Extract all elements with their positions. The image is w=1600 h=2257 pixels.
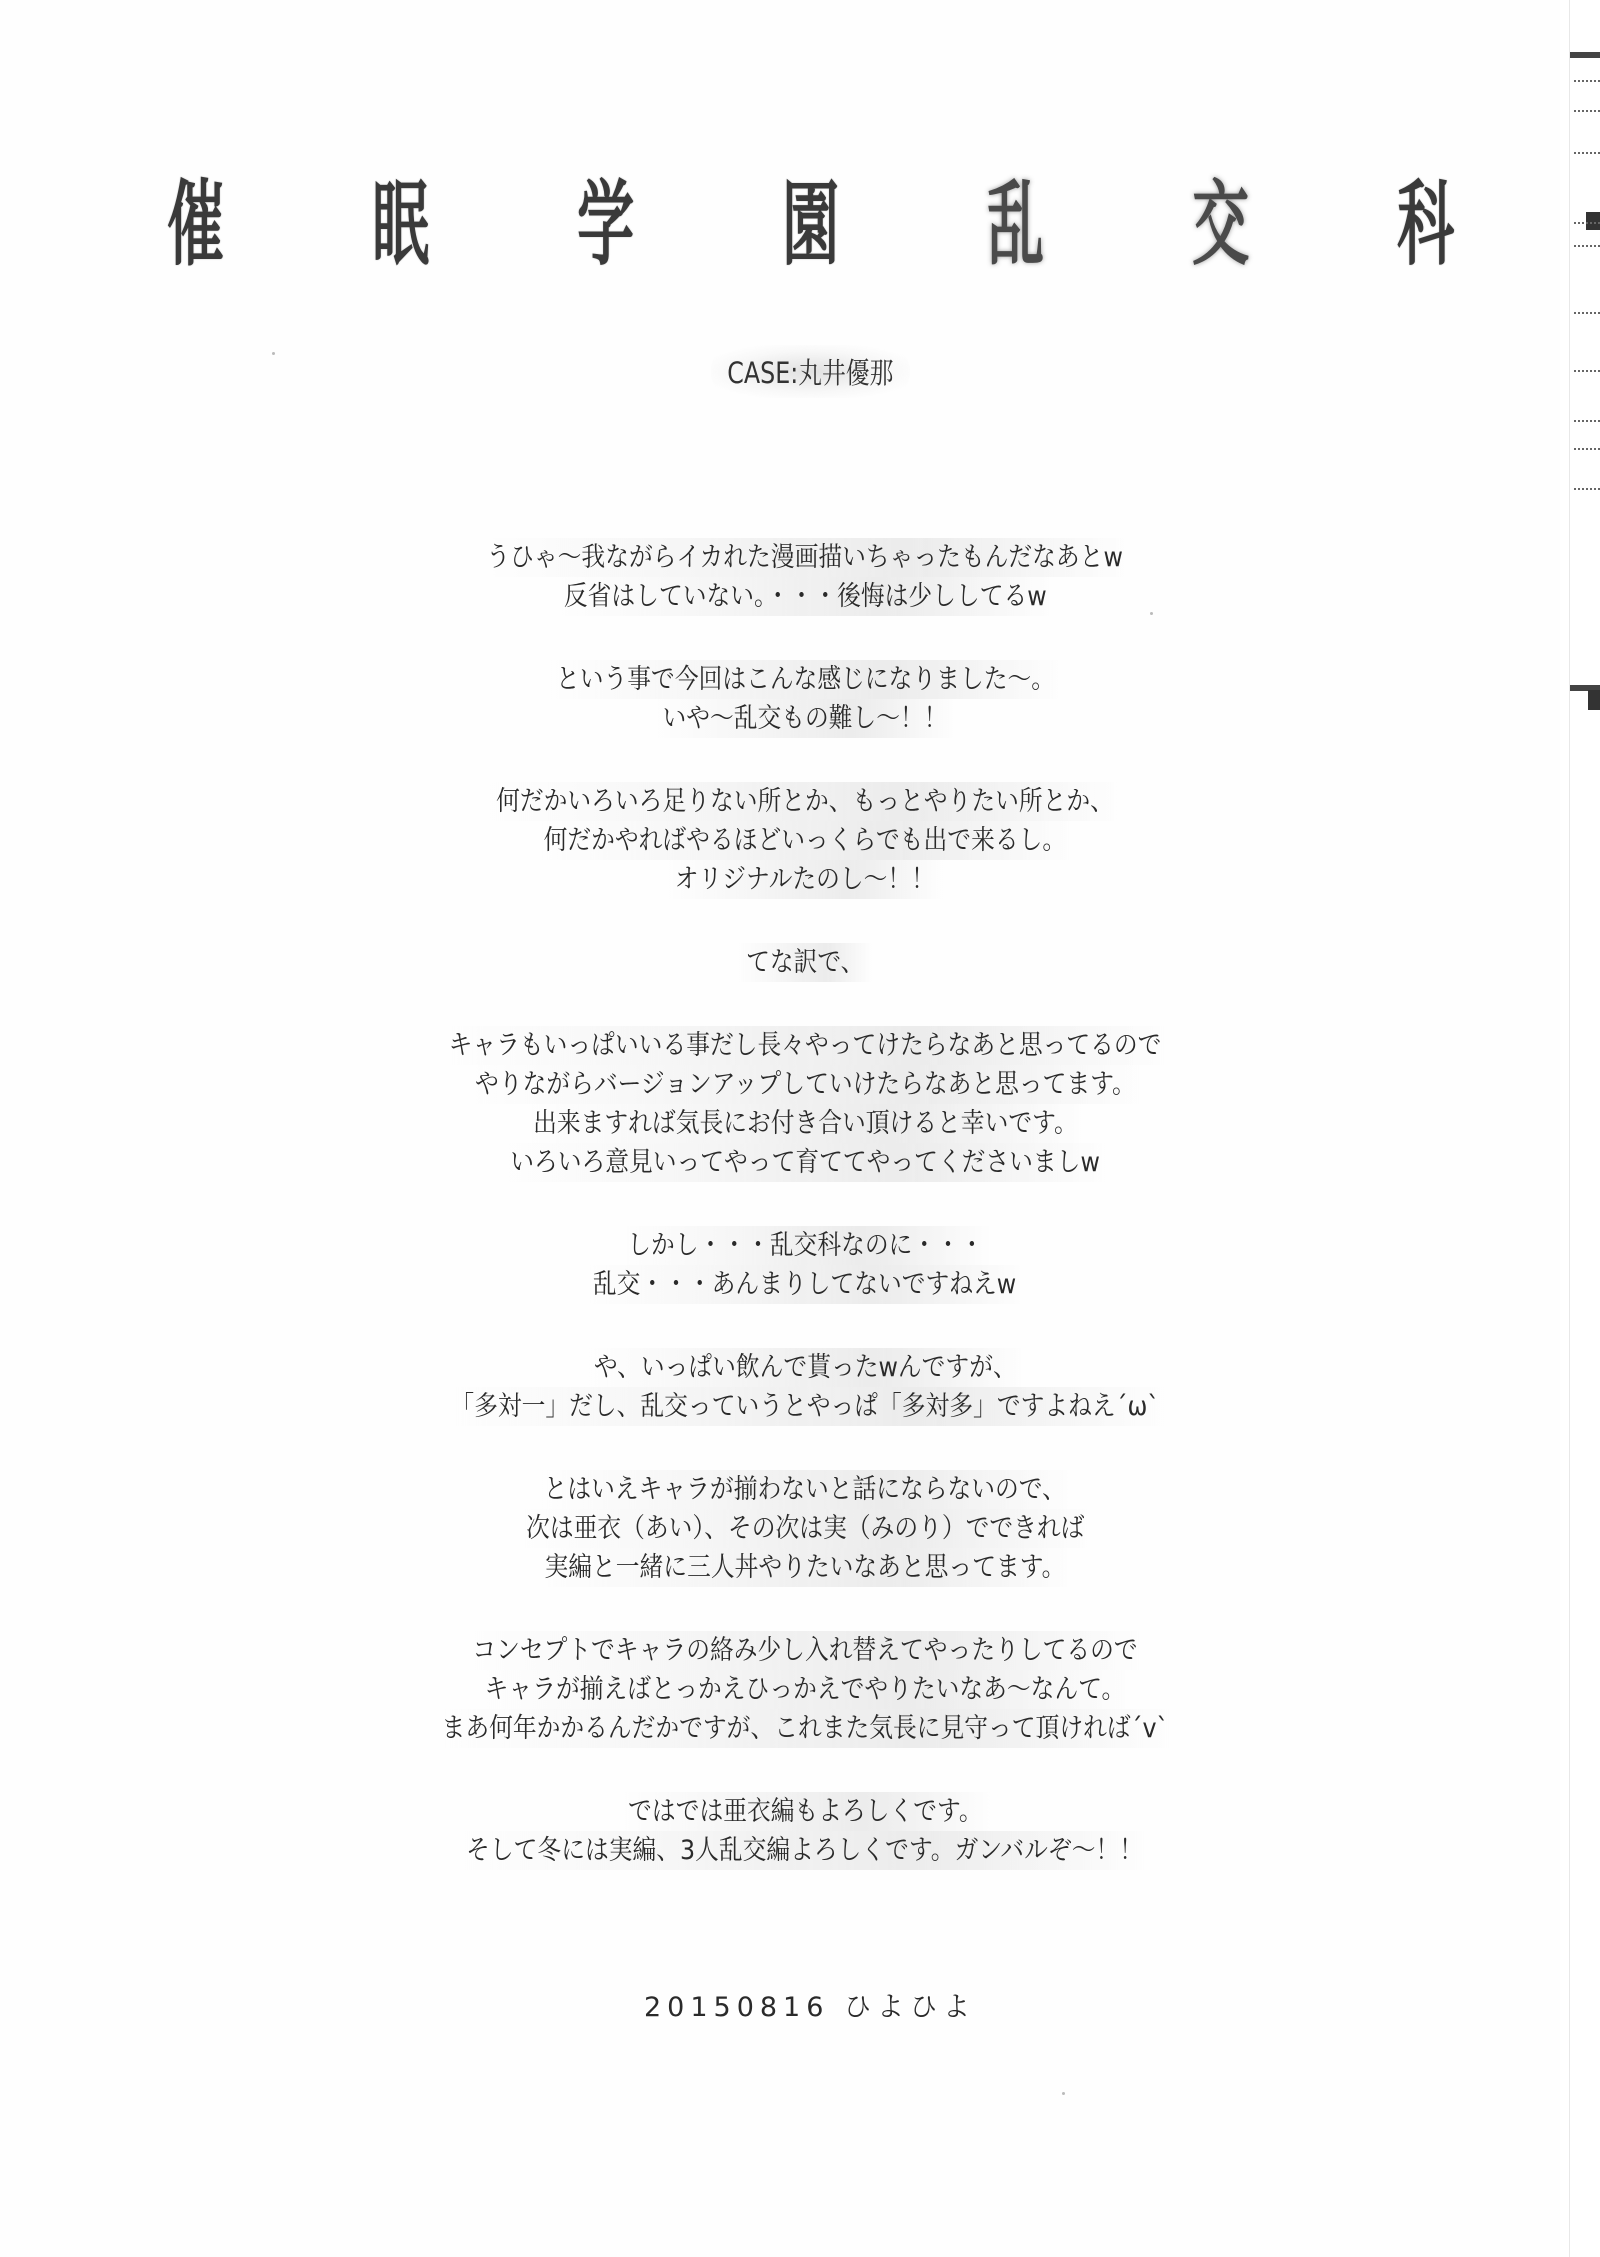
text-line: キャラが揃えばとっかえひっかえでやりたいなあ〜なんて。 xyxy=(476,1670,1134,1709)
subtitle: CASE:丸井優那 xyxy=(0,345,1600,398)
text-line: いや〜乱交もの難し〜！！ xyxy=(654,699,957,738)
paragraph: うひゃ〜我ながらイカれた漫画描いちゃったもんだなあとw 反省はしていない。・・・… xyxy=(0,538,1600,616)
page-title: 催 眠 学 園 乱 交 科 xyxy=(150,178,1470,270)
text-line: まあ何年かかるんだかですが、これまた気長に見守って頂ければ´v` xyxy=(433,1709,1177,1748)
title-char: 乱 xyxy=(987,178,1043,270)
title-char: 園 xyxy=(782,178,838,270)
paragraph: コンセプトでキャラの絡み少し入れ替えてやったりしてるので キャラが揃えばとっかえ… xyxy=(0,1631,1600,1748)
speech-tail xyxy=(1586,212,1600,230)
title-char: 科 xyxy=(1397,178,1453,270)
title-char: 眠 xyxy=(372,178,428,270)
scan-speck xyxy=(1150,612,1153,615)
text-line: いろいろ意見いってやって育ててやってくださいましw xyxy=(501,1143,1108,1182)
document-page: 催 眠 学 園 乱 交 科 CASE:丸井優那 うひゃ〜我ながらイカれた漫画描い… xyxy=(0,0,1560,2257)
paragraph: 何だかいろいろ足りない所とか、もっとやりたい所とか、 何だかやればやるほどいっく… xyxy=(0,782,1600,899)
text-line: 何だかやればやるほどいっくらでも出で来るし。 xyxy=(535,821,1075,860)
text-line: ではでは亜衣編もよろしくです。 xyxy=(619,1792,991,1831)
text-line: 実編と一緒に三人丼やりたいなあと思ってます。 xyxy=(536,1548,1074,1587)
text-line: 何だかいろいろ足りない所とか、もっとやりたい所とか、 xyxy=(487,782,1122,821)
text-line: てな訳で、 xyxy=(737,943,873,982)
adjacent-page-edge xyxy=(1569,0,1600,2257)
text-line: 出来ますれば気長にお付き合い頂けると幸いです。 xyxy=(524,1104,1086,1143)
text-line: という事で今回はこんな感じになりました〜。 xyxy=(547,660,1064,699)
text-line: 乱交・・・あんまりしてないですねえw xyxy=(585,1265,1026,1304)
text-line: そして冬には実編、3人乱交編よろしくです。ガンバルぞ〜！！ xyxy=(458,1831,1152,1870)
paragraph: ではでは亜衣編もよろしくです。 そして冬には実編、3人乱交編よろしくです。ガンバ… xyxy=(0,1792,1600,1870)
paragraph: キャラもいっぱいいる事だし長々やってけたらなあと思ってるので やりながらバージョ… xyxy=(0,1026,1600,1182)
paragraph: とはいえキャラが揃わないと話にならないので、 次は亜衣（あい）、その次は実（みの… xyxy=(0,1470,1600,1587)
scan-speck xyxy=(1062,2092,1065,2095)
text-line: 「多対一」だし、乱交っていうとやっぱ「多対多」ですよねえ´ω` xyxy=(442,1387,1169,1426)
signature-text: 20150816 ひよひよ xyxy=(644,1992,976,2023)
text-line: うひゃ〜我ながらイカれた漫画描いちゃったもんだなあとw xyxy=(478,538,1132,577)
subtitle-text: CASE:丸井優那 xyxy=(711,345,910,398)
text-line: キャラもいっぱいいる事だし長々やってけたらなあと思ってるので xyxy=(440,1026,1170,1065)
text-line: オリジナルたのし〜！！ xyxy=(666,860,944,899)
title-char: 交 xyxy=(1192,178,1248,270)
signature: 20150816 ひよひよ xyxy=(0,1985,1600,2024)
text-line: とはいえキャラが揃わないと話にならないので、 xyxy=(535,1470,1075,1509)
paragraph: しかし・・・乱交科なのに・・・ 乱交・・・あんまりしてないですねえw xyxy=(0,1226,1600,1304)
text-line: やりながらバージョンアップしていけたらなあと思ってます。 xyxy=(466,1065,1144,1104)
panel-border xyxy=(1570,52,1600,58)
text-line: や、いっぱい飲んで貰ったwんですが、 xyxy=(585,1348,1025,1387)
afterword-body: うひゃ〜我ながらイカれた漫画描いちゃったもんだなあとw 反省はしていない。・・・… xyxy=(0,538,1600,1870)
paragraph: という事で今回はこんな感じになりました〜。 いや〜乱交もの難し〜！！ xyxy=(0,660,1600,738)
speech-tail xyxy=(1588,690,1600,710)
text-line: 次は亜衣（あい）、その次は実（みのり）でできれば xyxy=(517,1509,1093,1548)
text-line: コンセプトでキャラの絡み少し入れ替えてやったりしてるので xyxy=(464,1631,1147,1670)
text-line: 反省はしていない。・・・後悔は少ししてるw xyxy=(555,577,1055,616)
title-char: 学 xyxy=(577,178,633,270)
paragraph: てな訳で、 xyxy=(0,943,1600,982)
title-char: 催 xyxy=(167,178,223,270)
scan-speck xyxy=(272,352,275,355)
text-line: しかし・・・乱交科なのに・・・ xyxy=(618,1226,992,1265)
paragraph: や、いっぱい飲んで貰ったwんですが、 「多対一」だし、乱交っていうとやっぱ「多対… xyxy=(0,1348,1600,1426)
